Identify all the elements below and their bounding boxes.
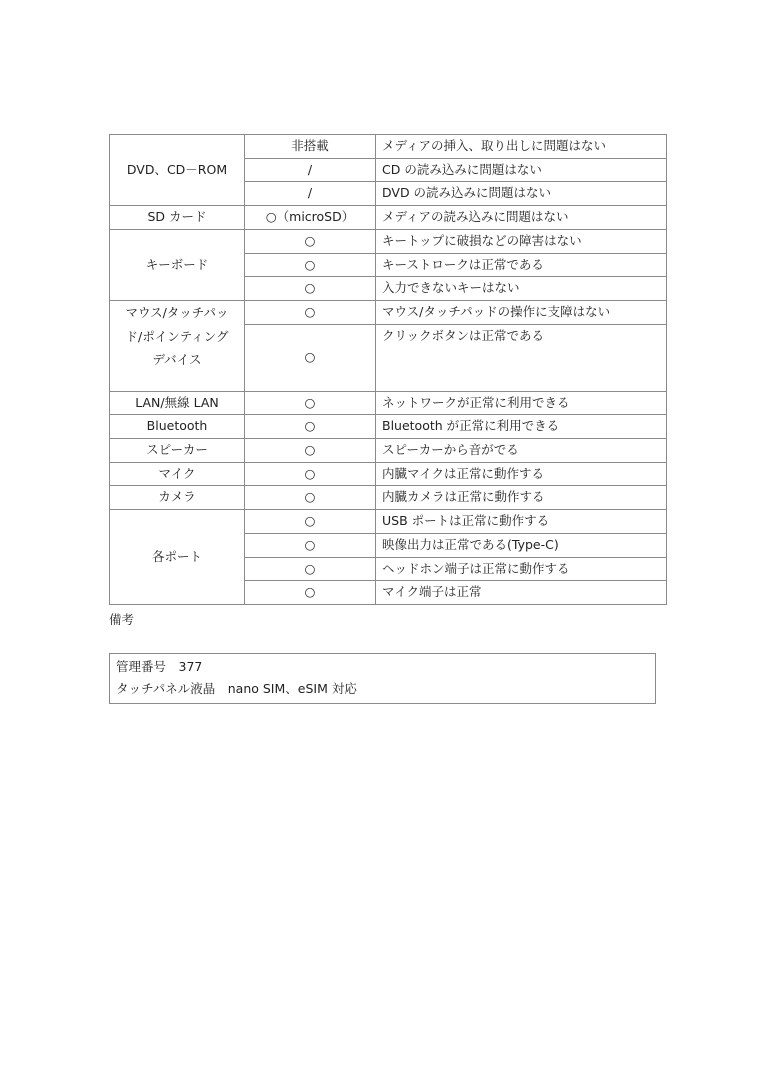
note-cell: DVD の読み込みに問題はない <box>376 182 667 206</box>
management-number: 管理番号 377 <box>116 656 649 678</box>
table-row: Bluetooth ○ Bluetooth が正常に利用できる <box>110 415 667 439</box>
status-cell: ○ <box>245 253 376 277</box>
table-row: キーボード ○ キートップに破損などの障害はない <box>110 229 667 253</box>
remarks-label: 備考 <box>109 610 134 628</box>
status-cell: ○ <box>245 277 376 301</box>
note-cell: メディアの読み込みに問題はない <box>376 206 667 230</box>
status-cell: ○ <box>245 462 376 486</box>
table-row: カメラ ○ 内臓カメラは正常に動作する <box>110 486 667 510</box>
note-cell: キーストロークは正常である <box>376 253 667 277</box>
note-cell: Bluetooth が正常に利用できる <box>376 415 667 439</box>
status-cell: / <box>245 158 376 182</box>
table-row: 各ポート ○ USB ポートは正常に動作する <box>110 510 667 534</box>
item-cell: スピーカー <box>110 439 245 463</box>
table-row: マウス/タッチパッド/ポインティングデバイス ○ マウス/タッチパッドの操作に支… <box>110 300 667 324</box>
status-cell: 非搭載 <box>245 135 376 159</box>
status-cell: / <box>245 182 376 206</box>
item-cell: 各ポート <box>110 510 245 605</box>
table-row: SD カード ○（microSD） メディアの読み込みに問題はない <box>110 206 667 230</box>
item-cell: DVD、CD－ROM <box>110 135 245 206</box>
remarks-note: タッチパネル液晶 nano SIM、eSIM 対応 <box>116 678 649 700</box>
status-cell: ○ <box>245 510 376 534</box>
status-cell: ○ <box>245 581 376 605</box>
item-cell: カメラ <box>110 486 245 510</box>
note-cell: CD の読み込みに問題はない <box>376 158 667 182</box>
note-cell: ヘッドホン端子は正常に動作する <box>376 557 667 581</box>
status-cell: ○ <box>245 486 376 510</box>
item-cell: マイク <box>110 462 245 486</box>
status-cell: ○ <box>245 324 376 391</box>
status-cell: ○ <box>245 300 376 324</box>
note-cell: 映像出力は正常である(Type-C) <box>376 533 667 557</box>
note-cell: マウス/タッチパッドの操作に支障はない <box>376 300 667 324</box>
inspection-table: DVD、CD－ROM 非搭載 メディアの挿入、取り出しに問題はない / CD の… <box>109 134 667 605</box>
remarks-box: 管理番号 377 タッチパネル液晶 nano SIM、eSIM 対応 <box>109 653 656 704</box>
status-cell: ○（microSD） <box>245 206 376 230</box>
note-cell: キートップに破損などの障害はない <box>376 229 667 253</box>
status-cell: ○ <box>245 415 376 439</box>
note-cell: 内臓カメラは正常に動作する <box>376 486 667 510</box>
note-cell: 入力できないキーはない <box>376 277 667 301</box>
status-cell: ○ <box>245 229 376 253</box>
status-cell: ○ <box>245 439 376 463</box>
note-cell: メディアの挿入、取り出しに問題はない <box>376 135 667 159</box>
status-cell: ○ <box>245 557 376 581</box>
status-cell: ○ <box>245 391 376 415</box>
item-cell: キーボード <box>110 229 245 300</box>
note-cell: マイク端子は正常 <box>376 581 667 605</box>
table-row: LAN/無線 LAN ○ ネットワークが正常に利用できる <box>110 391 667 415</box>
status-cell: ○ <box>245 533 376 557</box>
table-row: DVD、CD－ROM 非搭載 メディアの挿入、取り出しに問題はない <box>110 135 667 159</box>
note-cell: 内臓マイクは正常に動作する <box>376 462 667 486</box>
note-cell: クリックボタンは正常である <box>376 324 667 391</box>
note-cell: ネットワークが正常に利用できる <box>376 391 667 415</box>
note-cell: USB ポートは正常に動作する <box>376 510 667 534</box>
item-cell: マウス/タッチパッド/ポインティングデバイス <box>110 300 245 391</box>
table-row: マイク ○ 内臓マイクは正常に動作する <box>110 462 667 486</box>
item-cell: SD カード <box>110 206 245 230</box>
item-cell: LAN/無線 LAN <box>110 391 245 415</box>
item-cell: Bluetooth <box>110 415 245 439</box>
table-row: スピーカー ○ スピーカーから音がでる <box>110 439 667 463</box>
note-cell: スピーカーから音がでる <box>376 439 667 463</box>
